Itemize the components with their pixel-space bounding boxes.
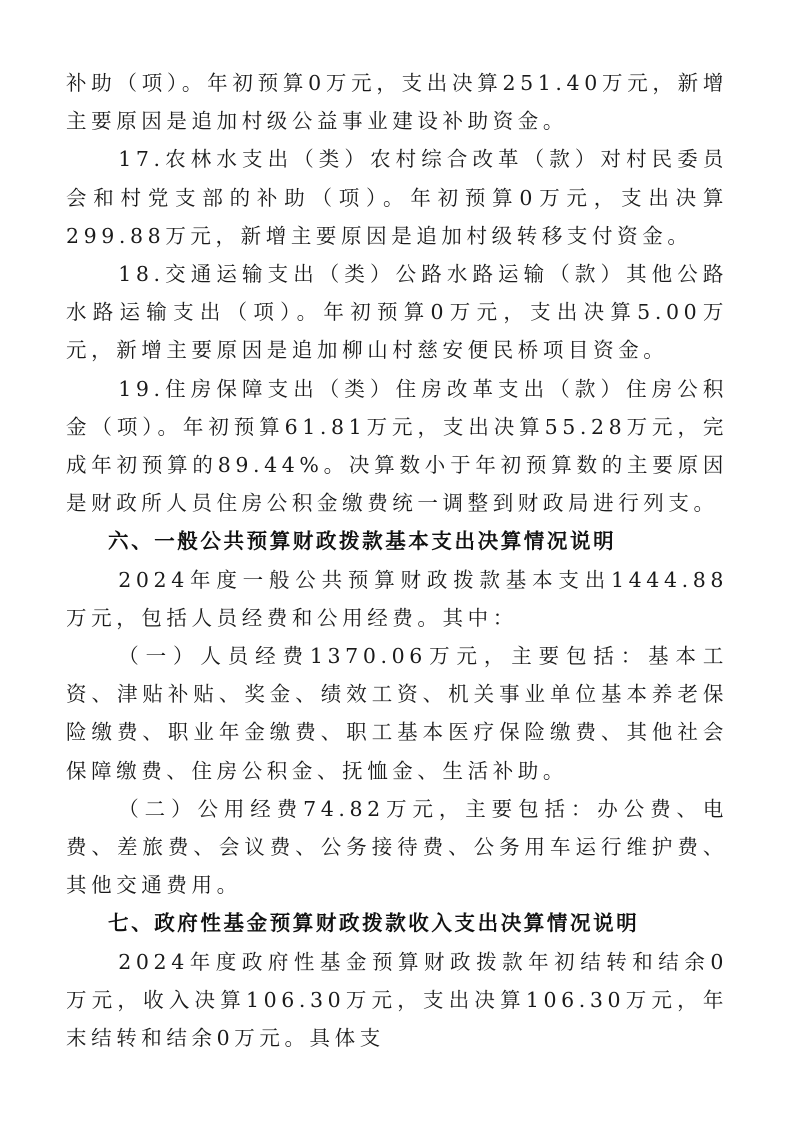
paragraph-basic-expenditure-summary: 2024年度一般公共预算财政拨款基本支出1444.88万元，包括人员经费和公用经… <box>66 561 728 637</box>
paragraph-continuation-village-subsidy: 补助（项）。年初预算0万元，支出决算251.40万元，新增主要原因是追加村级公益… <box>66 64 728 140</box>
document-page: 补助（项）。年初预算0万元，支出决算251.40万元，新增主要原因是追加村级公益… <box>66 64 728 1057</box>
paragraph-item-17-agriculture: 17.农林水支出（类）农村综合改革（款）对村民委员会和村党支部的补助（项）。年初… <box>66 140 728 255</box>
section-heading-7-government-fund: 七、政府性基金预算财政拨款收入支出决算情况说明 <box>66 904 728 942</box>
paragraph-item-19-housing: 19.住房保障支出（类）住房改革支出（款）住房公积金（项）。年初预算61.81万… <box>66 370 728 523</box>
paragraph-public-expenses: （二）公用经费74.82万元，主要包括：办公费、电费、差旅费、会议费、公务接待费… <box>66 790 728 905</box>
paragraph-item-18-transport: 18.交通运输支出（类）公路水路运输（款）其他公路水路运输支出（项）。年初预算0… <box>66 255 728 370</box>
paragraph-government-fund-summary: 2024年度政府性基金预算财政拨款年初结转和结余0万元，收入决算106.30万元… <box>66 943 728 1058</box>
paragraph-personnel-expenses: （一）人员经费1370.06万元，主要包括：基本工资、津贴补贴、奖金、绩效工资、… <box>66 637 728 790</box>
section-heading-6-basic-expenditure: 六、一般公共预算财政拨款基本支出决算情况说明 <box>66 522 728 560</box>
